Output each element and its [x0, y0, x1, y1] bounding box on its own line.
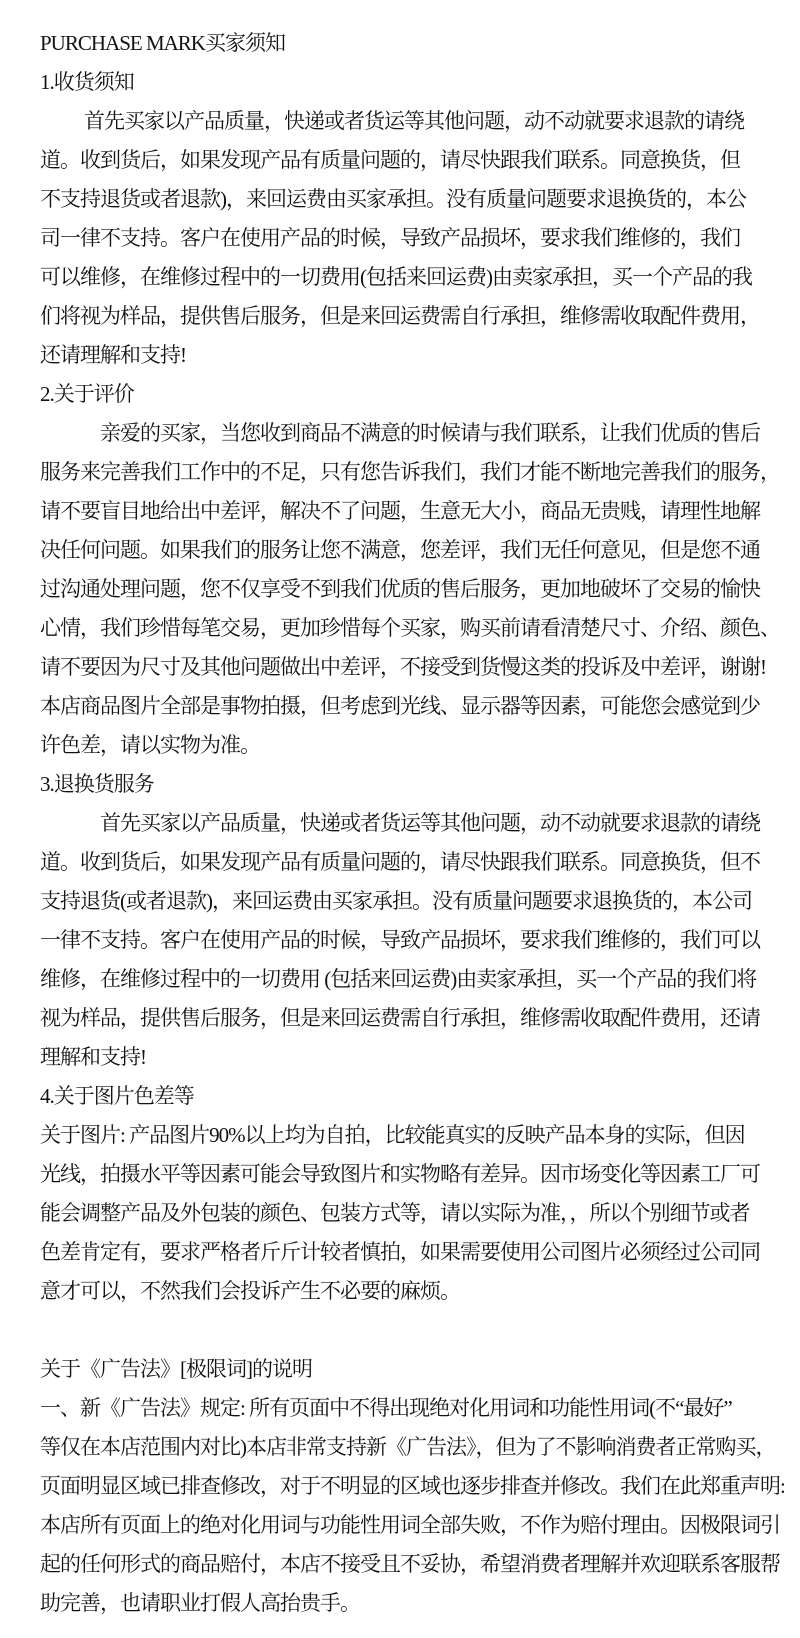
section-2-heading: 2.关于评价 — [40, 375, 762, 414]
section-4-heading: 4.关于图片色差等 — [40, 1077, 762, 1116]
text-line: 请不要因为尺寸及其他问题做出中差评，不接受到货慢这类的投诉及中差评，谢谢! — [40, 648, 762, 687]
buyer-notice-document: PURCHASE MARK买家须知 1.收货须知 首先买家以产品质量，快递或者货… — [0, 0, 800, 1623]
page-title: PURCHASE MARK买家须知 — [40, 24, 762, 63]
text-line: 道。收到货后，如果发现产品有质量问题的，请尽快跟我们联系。同意换货，但 — [40, 141, 762, 180]
text-line: 理解和支持! — [40, 1038, 762, 1077]
text-line: 助完善，也请职业打假人高抬贵手。 — [40, 1584, 762, 1623]
text-line: 心情，我们珍惜每笔交易，更加珍惜每个买家，购买前请看清楚尺寸、介绍、颜色、 — [40, 609, 762, 648]
text-line: 服务来完善我们工作中的不足，只有您告诉我们，我们才能不断地完善我们的服务， — [40, 453, 762, 492]
section-gap — [40, 1311, 762, 1350]
text-line: 维修，在维修过程中的一切费用 (包括来回运费)由卖家承担，买一个产品的我们将 — [40, 960, 762, 999]
text-line: 首先买家以产品质量，快递或者货运等其他问题，动不动就要求退款的请绕 — [40, 102, 762, 141]
text-line: 起的任何形式的商品赔付，本店不接受且不妥协，希望消费者理解并欢迎联系客服帮 — [40, 1545, 762, 1584]
text-line: 一律不支持。客户在使用产品的时候，导致产品损坏，要求我们维修的，我们可以 — [40, 921, 762, 960]
text-line: 过沟通处理问题，您不仅享受不到我们优质的售后服务，更加地破坏了交易的愉快 — [40, 570, 762, 609]
ad-law-heading: 关于《广告法》[极限词]的说明 — [40, 1350, 762, 1389]
text-line: 们将视为样品，提供售后服务，但是来回运费需自行承担，维修需收取配件费用， — [40, 297, 762, 336]
text-line: 等仅在本店范围内对比)本店非常支持新《广告法》，但为了不影响消费者正常购买， — [40, 1428, 762, 1467]
text-line: 亲爱的买家，当您收到商品不满意的时候请与我们联系，让我们优质的售后 — [40, 414, 762, 453]
text-line: 页面明显区域已排查修改，对于不明显的区域也逐步排查并修改。我们在此郑重声明: — [40, 1467, 762, 1506]
text-line: 光线，拍摄水平等因素可能会导致图片和实物略有差异。因市场变化等因素工厂可 — [40, 1155, 762, 1194]
text-line: 还请理解和支持! — [40, 336, 762, 375]
text-line: 不支持退货或者退款)，来回运费由买家承担。没有质量问题要求退换货的，本公 — [40, 180, 762, 219]
text-line: 能会调整产品及外包装的颜色、包装方式等，请以实际为准，，所以个别细节或者 — [40, 1194, 762, 1233]
text-line: 关于图片: 产品图片90%以上均为自拍，比较能真实的反映产品本身的实际，但因 — [40, 1116, 762, 1155]
section-3-heading: 3.退换货服务 — [40, 765, 762, 804]
text-line: 决任何问题。如果我们的服务让您不满意，您差评，我们无任何意见，但是您不通 — [40, 531, 762, 570]
text-line: 色差肯定有，要求严格者斤斤计较者慎拍，如果需要使用公司图片必须经过公司同 — [40, 1233, 762, 1272]
text-line: 许色差，请以实物为准。 — [40, 726, 762, 765]
text-line: 意才可以，不然我们会投诉产生不必要的麻烦。 — [40, 1272, 762, 1311]
text-line: 请不要盲目地给出中差评，解决不了问题，生意无大小，商品无贵贱，请理性地解 — [40, 492, 762, 531]
text-line: 可以维修，在维修过程中的一切费用(包括来回运费)由卖家承担，买一个产品的我 — [40, 258, 762, 297]
text-line: 本店商品图片全部是事物拍摄，但考虑到光线、显示器等因素，可能您会感觉到少 — [40, 687, 762, 726]
section-1-heading: 1.收货须知 — [40, 63, 762, 102]
text-line: 道。收到货后，如果发现产品有质量问题的，请尽快跟我们联系。同意换货，但不 — [40, 843, 762, 882]
text-line: 本店所有页面上的绝对化用词与功能性用词全部失败，不作为赔付理由。因极限词引 — [40, 1506, 762, 1545]
text-line: 一、新《广告法》规定: 所有页面中不得出现绝对化用词和功能性用词(不“最好” — [40, 1389, 762, 1428]
text-line: 支持退货(或者退款)，来回运费由买家承担。没有质量问题要求退换货的，本公司 — [40, 882, 762, 921]
text-line: 首先买家以产品质量，快递或者货运等其他问题，动不动就要求退款的请绕 — [40, 804, 762, 843]
text-line: 司一律不支持。客户在使用产品的时候，导致产品损坏，要求我们维修的，我们 — [40, 219, 762, 258]
text-line: 视为样品，提供售后服务，但是来回运费需自行承担，维修需收取配件费用，还请 — [40, 999, 762, 1038]
